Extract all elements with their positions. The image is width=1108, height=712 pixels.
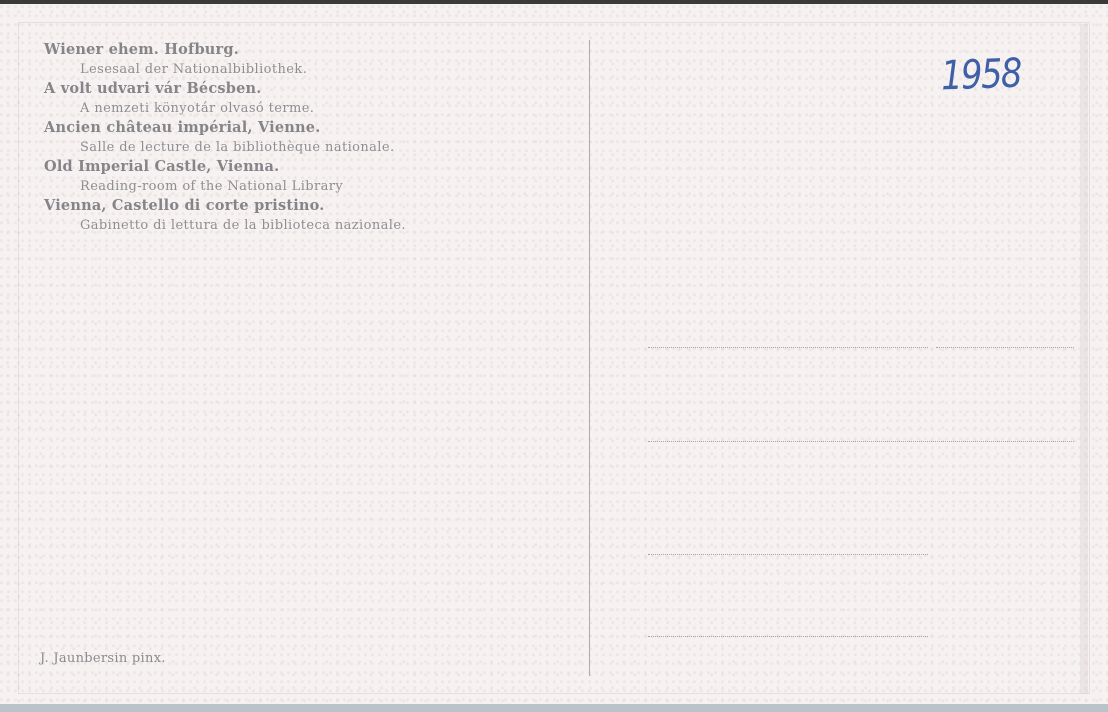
caption-title: Ancien château impérial, Vienne. [44, 118, 406, 138]
postcard-back: Wiener ehem. Hofburg. Lesesaal der Natio… [0, 4, 1108, 704]
caption-subtitle: Lesesaal der Nationalbibliothek. [44, 60, 406, 79]
caption-hungarian: A volt udvari vár Bécsben. A nemzeti kön… [44, 79, 406, 118]
caption-title: A volt udvari vár Bécsben. [44, 79, 406, 99]
caption-german: Wiener ehem. Hofburg. Lesesaal der Natio… [44, 40, 406, 79]
caption-title: Old Imperial Castle, Vienna. [44, 157, 406, 177]
handwritten-year: 1958 [940, 51, 1021, 100]
caption-subtitle: Reading-room of the National Library [44, 177, 406, 196]
caption-english: Old Imperial Castle, Vienna. Reading-roo… [44, 157, 406, 196]
center-divider-line [589, 40, 590, 676]
caption-french: Ancien château impérial, Vienne. Salle d… [44, 118, 406, 157]
address-line-1b [936, 347, 1074, 348]
address-line-1a [648, 347, 928, 348]
caption-title: Wiener ehem. Hofburg. [44, 40, 406, 60]
caption-subtitle: Salle de lecture de la bibliothèque nati… [44, 138, 406, 157]
address-line-2 [648, 441, 1074, 442]
caption-subtitle: A nemzeti könyotár olvasó terme. [44, 99, 406, 118]
artist-credit: J. Jaunbersin pinx. [40, 651, 166, 666]
caption-subtitle: Gabinetto di lettura de la biblioteca na… [44, 216, 406, 235]
caption-title: Vienna, Castello di corte pristino. [44, 196, 406, 216]
address-line-4 [648, 636, 928, 637]
address-line-3 [648, 554, 928, 555]
caption-block: Wiener ehem. Hofburg. Lesesaal der Natio… [44, 40, 406, 235]
card-right-edge [1080, 24, 1088, 694]
caption-italian: Vienna, Castello di corte pristino. Gabi… [44, 196, 406, 235]
